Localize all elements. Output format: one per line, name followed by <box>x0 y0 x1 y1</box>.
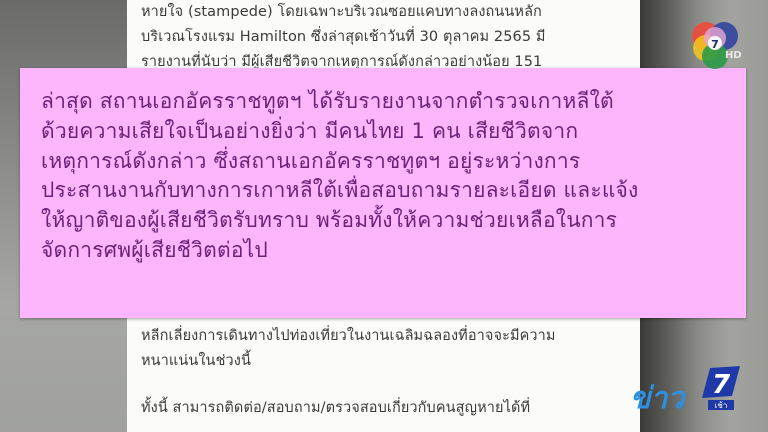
quote-line: เหตุการณ์ดังกล่าว ซึ่งสถานเอกอัครราชทูตฯ… <box>41 147 746 177</box>
quote-line: ให้ญาติของผู้เสียชีวิตรับทราบ พร้อมทั้งใ… <box>41 206 746 236</box>
news-7-logo-icon: ข่าว 7 เช้า <box>628 362 748 422</box>
quote-line: ประสานงานกับทางการเกาหลีใต้เพื่อสอบถามรา… <box>41 176 746 206</box>
highlight-quote-box: ล่าสุด สถานเอกอัครราชทูตฯ ได้รับรายงานจา… <box>20 68 746 318</box>
document-line: ทั้งนี้ สามารถติดต่อ/สอบถาม/ตรวจสอบเกี่ย… <box>141 398 530 418</box>
document-line: หลีกเลี่ยงการเดินทางไปท่องเที่ยวในงานเฉล… <box>141 326 556 346</box>
svg-text:ข่าว: ข่าว <box>630 381 686 416</box>
svg-text:7: 7 <box>711 38 719 51</box>
document-line: บริเวณโรงแรม Hamilton ซึ่งล่าสุดเช้าวันท… <box>141 27 546 47</box>
document-line: หนาแน่นในช่วงนี้ <box>141 351 251 371</box>
svg-text:เช้า: เช้า <box>715 401 728 410</box>
document-line: หายใจ (stampede) โดยเฉพาะบริเวณซอยแคบทาง… <box>141 2 542 22</box>
hd-badge: HD <box>725 50 742 61</box>
quote-line: ล่าสุด สถานเอกอัครราชทูตฯ ได้รับรายงานจา… <box>41 87 746 117</box>
quote-line: จัดการศพผู้เสียชีวิตต่อไป <box>41 236 746 266</box>
svg-text:7: 7 <box>712 370 731 400</box>
quote-line: ด้วยความเสียใจเป็นอย่างยิ่งว่า มีคนไทย 1… <box>41 117 746 147</box>
channel-7-logo-icon: 7 <box>682 14 752 74</box>
